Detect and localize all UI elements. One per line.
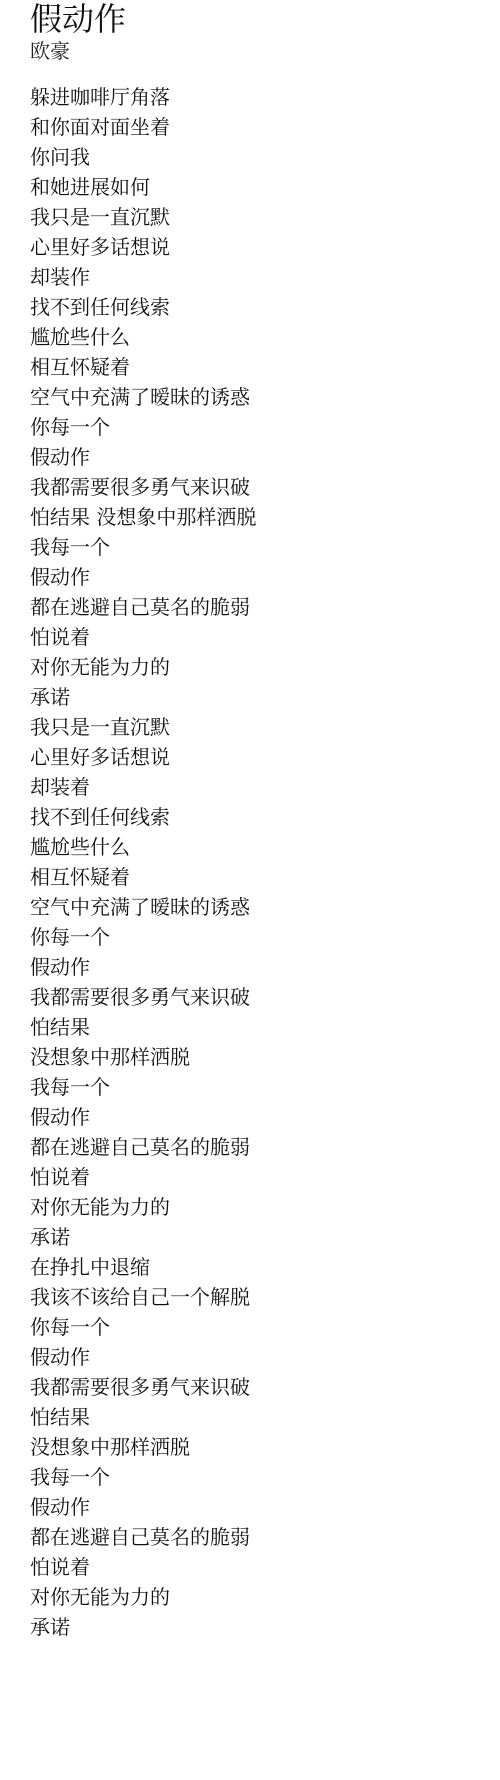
lyric-line: 和你面对面坐着 bbox=[30, 112, 256, 142]
lyrics-block: 躲进咖啡厅角落和你面对面坐着你问我和她进展如何我只是一直沉默心里好多话想说却装作… bbox=[30, 82, 256, 1642]
lyric-line: 假动作 bbox=[30, 1492, 256, 1522]
lyric-line: 和她进展如何 bbox=[30, 172, 256, 202]
lyric-line: 都在逃避自己莫名的脆弱 bbox=[30, 1522, 256, 1552]
lyric-line: 都在逃避自己莫名的脆弱 bbox=[30, 1132, 256, 1162]
lyric-line: 假动作 bbox=[30, 952, 256, 982]
lyric-line: 你每一个 bbox=[30, 412, 256, 442]
lyric-line: 承诺 bbox=[30, 1612, 256, 1642]
lyric-line: 你每一个 bbox=[30, 922, 256, 952]
lyric-line: 怕说着 bbox=[30, 622, 256, 652]
lyric-line: 你每一个 bbox=[30, 1312, 256, 1342]
lyric-line: 尴尬些什么 bbox=[30, 832, 256, 862]
lyric-line: 怕结果 bbox=[30, 1402, 256, 1432]
lyric-line: 假动作 bbox=[30, 1342, 256, 1372]
lyric-line: 怕说着 bbox=[30, 1552, 256, 1582]
song-lyrics-page: 假动作 欧豪 躲进咖啡厅角落和你面对面坐着你问我和她进展如何我只是一直沉默心里好… bbox=[30, 0, 256, 1642]
lyric-line: 对你无能为力的 bbox=[30, 652, 256, 682]
lyric-line: 空气中充满了暧昧的诱惑 bbox=[30, 892, 256, 922]
lyric-line: 我都需要很多勇气来识破 bbox=[30, 472, 256, 502]
lyric-line: 怕结果 bbox=[30, 1012, 256, 1042]
lyric-line: 承诺 bbox=[30, 682, 256, 712]
lyric-line: 我每一个 bbox=[30, 1072, 256, 1102]
lyric-line: 我只是一直沉默 bbox=[30, 712, 256, 742]
lyric-line: 相互怀疑着 bbox=[30, 352, 256, 382]
lyric-line: 我都需要很多勇气来识破 bbox=[30, 1372, 256, 1402]
lyric-line: 我该不该给自己一个解脱 bbox=[30, 1282, 256, 1312]
lyric-line: 躲进咖啡厅角落 bbox=[30, 82, 256, 112]
lyric-line: 承诺 bbox=[30, 1222, 256, 1252]
lyric-line: 怕说着 bbox=[30, 1162, 256, 1192]
lyric-line: 假动作 bbox=[30, 562, 256, 592]
lyric-line: 我每一个 bbox=[30, 532, 256, 562]
lyric-line: 我只是一直沉默 bbox=[30, 202, 256, 232]
lyric-line: 对你无能为力的 bbox=[30, 1192, 256, 1222]
lyric-line: 尴尬些什么 bbox=[30, 322, 256, 352]
lyric-line: 在挣扎中退缩 bbox=[30, 1252, 256, 1282]
lyric-line: 却装作 bbox=[30, 262, 256, 292]
song-title: 假动作 bbox=[30, 0, 256, 38]
lyric-line: 心里好多话想说 bbox=[30, 232, 256, 262]
lyric-line: 怕结果 没想象中那样洒脱 bbox=[30, 502, 256, 532]
lyric-line: 我每一个 bbox=[30, 1462, 256, 1492]
artist-name: 欧豪 bbox=[30, 38, 256, 64]
lyric-line: 我都需要很多勇气来识破 bbox=[30, 982, 256, 1012]
lyric-line: 空气中充满了暧昧的诱惑 bbox=[30, 382, 256, 412]
lyric-line: 找不到任何线索 bbox=[30, 292, 256, 322]
lyric-line: 没想象中那样洒脱 bbox=[30, 1042, 256, 1072]
lyric-line: 却装着 bbox=[30, 772, 256, 802]
lyric-line: 都在逃避自己莫名的脆弱 bbox=[30, 592, 256, 622]
lyric-line: 心里好多话想说 bbox=[30, 742, 256, 772]
lyric-line: 假动作 bbox=[30, 1102, 256, 1132]
lyric-line: 找不到任何线索 bbox=[30, 802, 256, 832]
lyric-line: 你问我 bbox=[30, 142, 256, 172]
lyric-line: 对你无能为力的 bbox=[30, 1582, 256, 1612]
lyric-line: 相互怀疑着 bbox=[30, 862, 256, 892]
lyric-line: 假动作 bbox=[30, 442, 256, 472]
lyric-line: 没想象中那样洒脱 bbox=[30, 1432, 256, 1462]
